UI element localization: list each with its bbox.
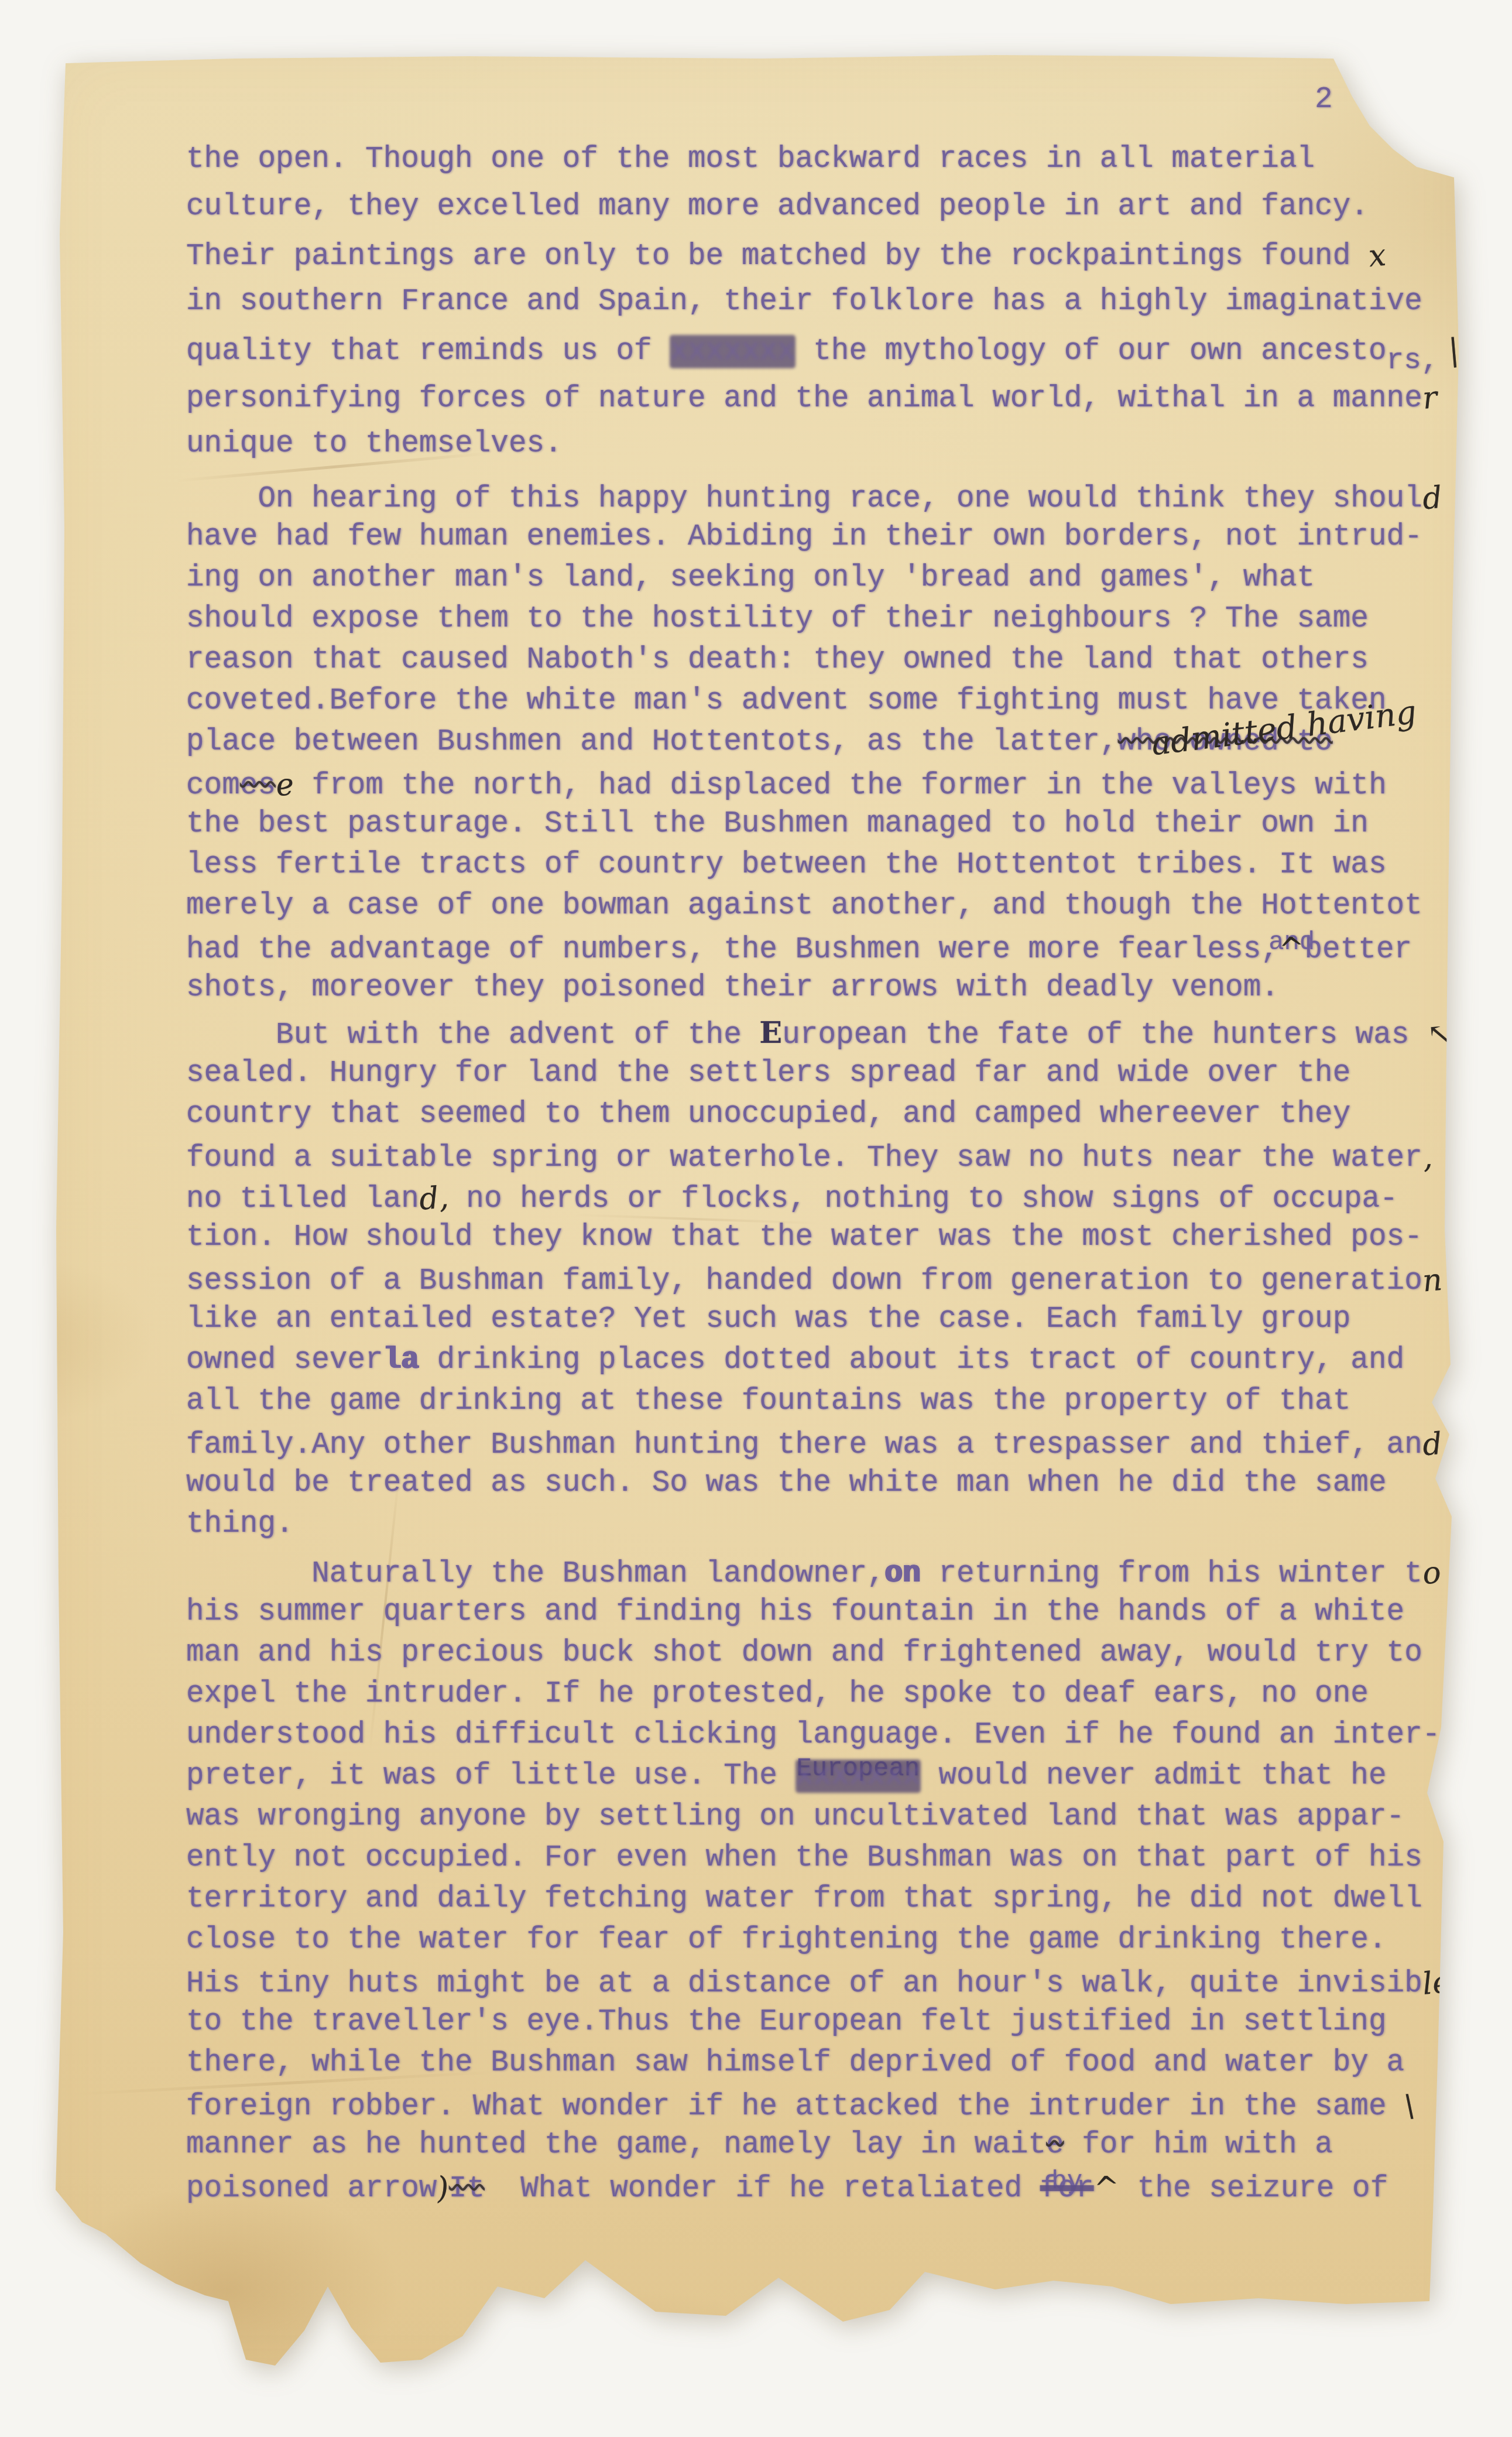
handwritten-annotation: d, [417,1177,450,1220]
typed-line: shots, moreover they poisoned their arro… [186,968,1462,1009]
overtyped-text: on [885,1558,921,1591]
typed-text: in southern France and Spain, their folk… [186,285,1422,319]
typed-text: from the north, had displaced the former… [294,769,1387,803]
typed-line: His tiny huts might be at a distance of … [186,1961,1462,2002]
typed-text: understood his difficult clicking langua… [186,1719,1440,1752]
typed-line: like an entailed estate? Yet such was th… [186,1299,1462,1340]
handwritten-annotation: x [1367,232,1388,280]
typed-text: all the game drinking at these fountains… [186,1385,1350,1418]
handwritten-annotation: d [1421,1423,1444,1466]
typed-line: manner as he hunted the game, namely lay… [186,2125,1462,2166]
typed-text: family.Any other Bushman hunting there w… [186,1429,1422,1462]
corrected-text: Europeanxxxxxxx [796,1756,921,1797]
handwritten-annotation: | [1436,327,1460,376]
typed-line: to the traveller's eye.Thus the European… [186,2002,1462,2043]
typed-line: country that seemed to them unoccupied, … [186,1094,1462,1135]
typed-text: found a suitable spring or waterhole. Th… [186,1142,1422,1175]
typed-line: Naturally the Bushman landowner,on retur… [186,1551,1462,1592]
typed-text: Naturally the Bushman landowner, [186,1558,885,1591]
typed-text: man and his precious buck shot down and … [186,1637,1422,1670]
paragraph: On hearing of this happy hunting race, o… [186,476,1462,1009]
typed-line: would be treated as such. So was the whi… [186,1463,1462,1504]
paper-shadow: 2 the open. Though one of the most backw… [0,0,1512,2437]
typed-line: man and his precious buck shot down and … [186,1633,1462,1674]
typed-content: the open. Though one of the most backwar… [186,136,1462,2207]
typed-line: expel the intruder. If he protested, he … [186,1674,1462,1715]
typed-text: to the traveller's eye.Thus the European… [186,2005,1387,2039]
overtyped-blot: xxxxxxx [670,335,795,368]
typed-line: in southern France and Spain, their folk… [186,278,1462,326]
paragraph: But with the advent of the European the … [186,1012,1462,1545]
typed-text: for him with a [1064,2128,1333,2162]
paper-sheet: 2 the open. Though one of the most backw… [0,0,1512,2437]
typed-line: was wronging anyone by settling on uncul… [186,1797,1462,1838]
typed-line: understood his difficult clicking langua… [186,1715,1462,1756]
typed-text: returning from his winter t [921,1558,1422,1591]
handwritten-annotation: d [1421,477,1444,520]
typed-line: had the advantage of numbers, the Bushme… [186,927,1462,968]
typed-struck-text: for [1040,2172,1094,2206]
overtyped-blot: xxxxxxx [796,1760,921,1793]
handwritten-annotation: ^ [1277,927,1307,971]
typed-line: personifying forces of nature and the an… [186,373,1462,420]
typed-line: foreign robber. What wonder if he attack… [186,2084,1462,2125]
typed-text: should expose them to the hostility of t… [186,603,1369,636]
pen-struck-text: It [449,2172,485,2206]
typed-line: should expose them to the hostility of t… [186,599,1462,640]
corrected-text: byfor [1040,2169,1094,2210]
typed-text: drinking places dotted about its tract o… [419,1344,1404,1377]
typed-line: his summer quarters and finding his foun… [186,1592,1462,1633]
typed-text: shots, moreover they poisoned their arro… [186,971,1279,1005]
handwritten-annotation: ↖ [1425,1013,1455,1056]
typed-line: tion. How should they know that the wate… [186,1217,1462,1258]
typed-line: preter, it was of little use. The Europe… [186,1756,1462,1797]
handwritten-annotation: e [274,764,296,806]
paragraph: the open. Though one of the most backwar… [186,136,1462,468]
typed-line: On hearing of this happy hunting race, o… [186,476,1462,517]
typed-line: close to the water for fear of frighteni… [186,1920,1462,1961]
typed-text: have had few human enemies. Abiding in t… [186,521,1422,554]
typed-text: owned sever [186,1344,383,1377]
handwritten-annotation: r [1421,374,1439,423]
typed-text: unique to themselves. [186,427,563,461]
typed-text: expel the intruder. If he protested, he … [186,1678,1369,1711]
inked-capital: E [759,1015,782,1050]
pen-struck-text: e [1046,2128,1064,2162]
typed-line: session of a Bushman family, handed down… [186,1258,1462,1299]
typed-line: territory and daily fetching water from … [186,1879,1462,1920]
typed-line: there, while the Bushman saw himself dep… [186,2043,1462,2084]
typed-text: What wonder if he retaliated [485,2172,1040,2206]
typed-text: the seizure of [1119,2172,1388,2206]
typed-text: no herds or flocks, nothing to show sign… [448,1183,1398,1216]
typed-text: com [186,769,240,803]
typed-line: less fertile tracts of country between t… [186,845,1462,886]
typed-text: the best pasturage. Still the Bushmen ma… [186,807,1369,841]
handwritten-annotation: o [1421,1552,1442,1594]
typed-line: no tilled land, no herds or flocks, noth… [186,1176,1462,1217]
typed-line: reason that caused Naboth's death: they … [186,640,1462,681]
typed-text: uropean the fate of the hunters was [782,1019,1427,1052]
typed-text: had the advantage of numbers, the Bushme… [186,933,1279,967]
typed-text: place between Bushmen and Hottentots, as… [186,725,1117,759]
typed-text: was wronging anyone by settling on uncul… [186,1801,1404,1834]
handwritten-annotation: n [1421,1259,1444,1302]
overtyped-text: la [383,1344,419,1377]
handwritten-annotation: le [1421,1962,1452,2005]
page-number: 2 [1315,83,1333,117]
typed-text: reason that caused Naboth's death: they … [186,644,1369,677]
typed-line: culture, they excelled many more advance… [186,183,1462,231]
typed-text: like an entailed estate? Yet such was th… [186,1303,1350,1336]
typed-line: ing on another man's land, seeking only … [186,558,1462,599]
typed-line: have had few human enemies. Abiding in t… [186,517,1462,558]
typed-line: owned severla drinking places dotted abo… [186,1340,1462,1381]
typed-text: His tiny huts might be at a distance of … [186,1967,1422,2001]
typed-line: But with the advent of the European the … [186,1012,1462,1053]
typed-line: the open. Though one of the most backwar… [186,136,1462,183]
typed-text: merely a case of one bowman against anot… [186,889,1422,923]
typed-line: ently not occupied. For even when the Bu… [186,1838,1462,1879]
typed-line: Their paintings are only to be matched b… [186,231,1462,278]
typed-text: culture, they excelled many more advance… [186,190,1369,224]
typed-text: the open. Though one of the most backwar… [186,143,1315,176]
typed-text: But with the advent of the [186,1019,759,1052]
typed-text: would be treated as such. So was the whi… [186,1467,1387,1500]
typed-text: tion. How should they know that the wate… [186,1221,1422,1254]
typed-text: ently not occupied. For even when the Bu… [186,1842,1422,1875]
handwritten-annotation: \ [1403,2085,1417,2127]
typed-text: no tilled lan [186,1183,419,1216]
typed-text: poisoned arrow [186,2172,437,2206]
typed-line: unique to themselves. [186,420,1462,468]
typed-line: quality that reminds us of xxxxxxx the m… [186,326,1462,373]
handwritten-annotation: , [1421,1137,1434,1178]
typed-text: territory and daily fetching water from … [186,1882,1422,1916]
typed-text: close to the water for fear of frighteni… [186,1923,1387,1957]
typed-text: personifying forces of nature and the an… [186,382,1422,416]
typed-line: comese from the north, had displaced the… [186,763,1462,804]
typed-line: found a suitable spring or waterhole. Th… [186,1135,1462,1176]
handwritten-annotation: ^ [1092,2166,1122,2210]
typed-text: Their paintings are only to be matched b… [186,240,1369,273]
typed-text: quality that reminds us of [186,335,670,368]
typed-text: would never admit that he [921,1760,1387,1793]
typed-offset-text: rs, [1387,344,1439,377]
typed-line: place between Bushmen and Hottentots, as… [186,722,1462,763]
typed-line: poisoned arrow)It What wonder if he reta… [186,2166,1462,2207]
typed-text: there, while the Bushman saw himself dep… [186,2046,1404,2080]
pen-struck-text: es [240,769,276,803]
typed-line: thing. [186,1504,1462,1545]
typed-text: less fertile tracts of country between t… [186,848,1387,882]
typed-text: his summer quarters and finding his foun… [186,1596,1404,1629]
corrected-text: and^ [1279,927,1305,971]
typed-text: ing on another man's land, seeking only … [186,562,1315,595]
typed-line: all the game drinking at these fountains… [186,1381,1462,1422]
typed-line: merely a case of one bowman against anot… [186,886,1462,927]
typed-text: sealed. Hungry for land the settlers spr… [186,1057,1350,1090]
paragraph: Naturally the Bushman landowner,on retur… [186,1551,1462,2207]
typed-text: preter, it was of little use. The [186,1760,796,1793]
typed-text: manner as he hunted the game, namely lay… [186,2128,1046,2162]
typed-text: better [1305,933,1412,967]
typed-text: coveted.Before the white man's advent so… [186,684,1387,718]
corrected-text: admitted havingwho owned to [1117,722,1332,763]
typed-text: session of a Bushman family, handed down… [186,1265,1422,1298]
typed-text: thing. [186,1508,294,1541]
scanned-page: 2 the open. Though one of the most backw… [0,0,1512,2437]
typed-text: foreign robber. What wonder if he attack… [186,2090,1404,2124]
typed-line: family.Any other Bushman hunting there w… [186,1422,1462,1463]
typed-text: country that seemed to them unoccupied, … [186,1098,1350,1131]
typed-line: sealed. Hungry for land the settlers spr… [186,1053,1462,1094]
typed-line: the best pasturage. Still the Bushmen ma… [186,804,1462,845]
typed-text: On hearing of this happy hunting race, o… [186,482,1422,516]
typed-text: the mythology of our own ancesto [796,335,1387,368]
